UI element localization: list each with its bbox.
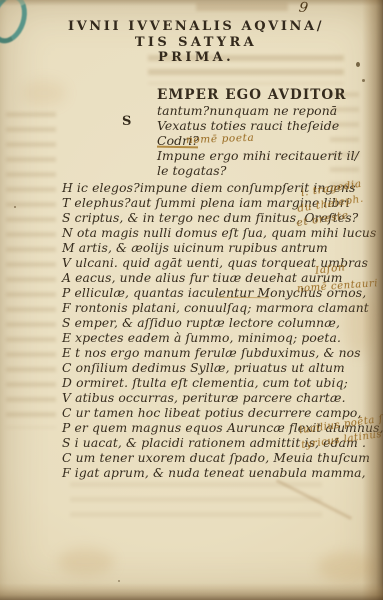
guide-letter-s: S (122, 114, 131, 129)
marginal-note-codrus: nomē poeta (186, 132, 255, 146)
verse-line: C ur tamen hoc libeat potius decurrere c… (62, 406, 362, 420)
verse-line: D ormiret. ſtulta eſt clementia, cum tot… (62, 376, 348, 390)
foxing-spot (58, 548, 114, 576)
verse-line: C um tener uxorem ducat ſpado, Meuia thu… (62, 451, 370, 465)
title-line-1: IVNII IVVENALIS AQVINA/ (38, 19, 354, 35)
verse-line: C onſilium dedimus Syllæ, priuatus ut al… (62, 361, 345, 375)
page-edge-bottom (0, 583, 383, 600)
verse-line: E t nos ergo manum ferulæ ſubduximus, & … (62, 346, 361, 360)
verse-line: Impune ergo mihi recitauerit il/ (157, 148, 359, 163)
verse-line: le togatas? (157, 163, 226, 178)
verse-line: E xpectes eadem à ſummo, minimoq; poeta. (62, 331, 341, 345)
page-surface: IVNII IVVENALIS AQVINA/ TIS SATYRA PRIMA… (0, 0, 383, 600)
page-title: IVNII IVVENALIS AQVINA/ TIS SATYRA PRIMA… (38, 19, 354, 66)
ink-speck (356, 62, 360, 67)
foxing-spot (22, 80, 66, 106)
verse-line: F igat aprum, & nuda teneat uenabula mam… (62, 466, 366, 480)
incipit-line: EMPER EGO AVDITOR (157, 87, 347, 103)
title-line-2: TIS SATYRA (38, 35, 354, 51)
verse-line: M artis, & æolijs uicinum rupibus antrum (62, 241, 328, 255)
verse-line: V atibus occurras, perituræ parcere char… (62, 391, 346, 405)
showthrough-left-column (6, 112, 56, 428)
title-line-3: PRIMA. (38, 50, 354, 66)
book-page-photo: IVNII IVVENALIS AQVINA/ TIS SATYRA PRIMA… (0, 0, 383, 600)
verse-line: F rontonis platani, conuulſaq; marmora c… (62, 301, 369, 315)
verse-line: S emper, & aſſiduo ruptæ lectore columnæ… (62, 316, 340, 330)
verse-line: Vexatus toties rauci theſeide (157, 118, 339, 133)
ink-speck (118, 580, 120, 582)
page-edge-top (0, 0, 383, 6)
ink-speck (14, 206, 16, 208)
page-edge-right (362, 0, 383, 600)
binding-corner-mark (0, 0, 33, 48)
showthrough-bottom (70, 482, 322, 524)
verse-line: tantum?nunquam ne reponā (157, 103, 337, 118)
verse-line: N ota magis nulli domus eſt ſua, quam mi… (62, 226, 376, 240)
